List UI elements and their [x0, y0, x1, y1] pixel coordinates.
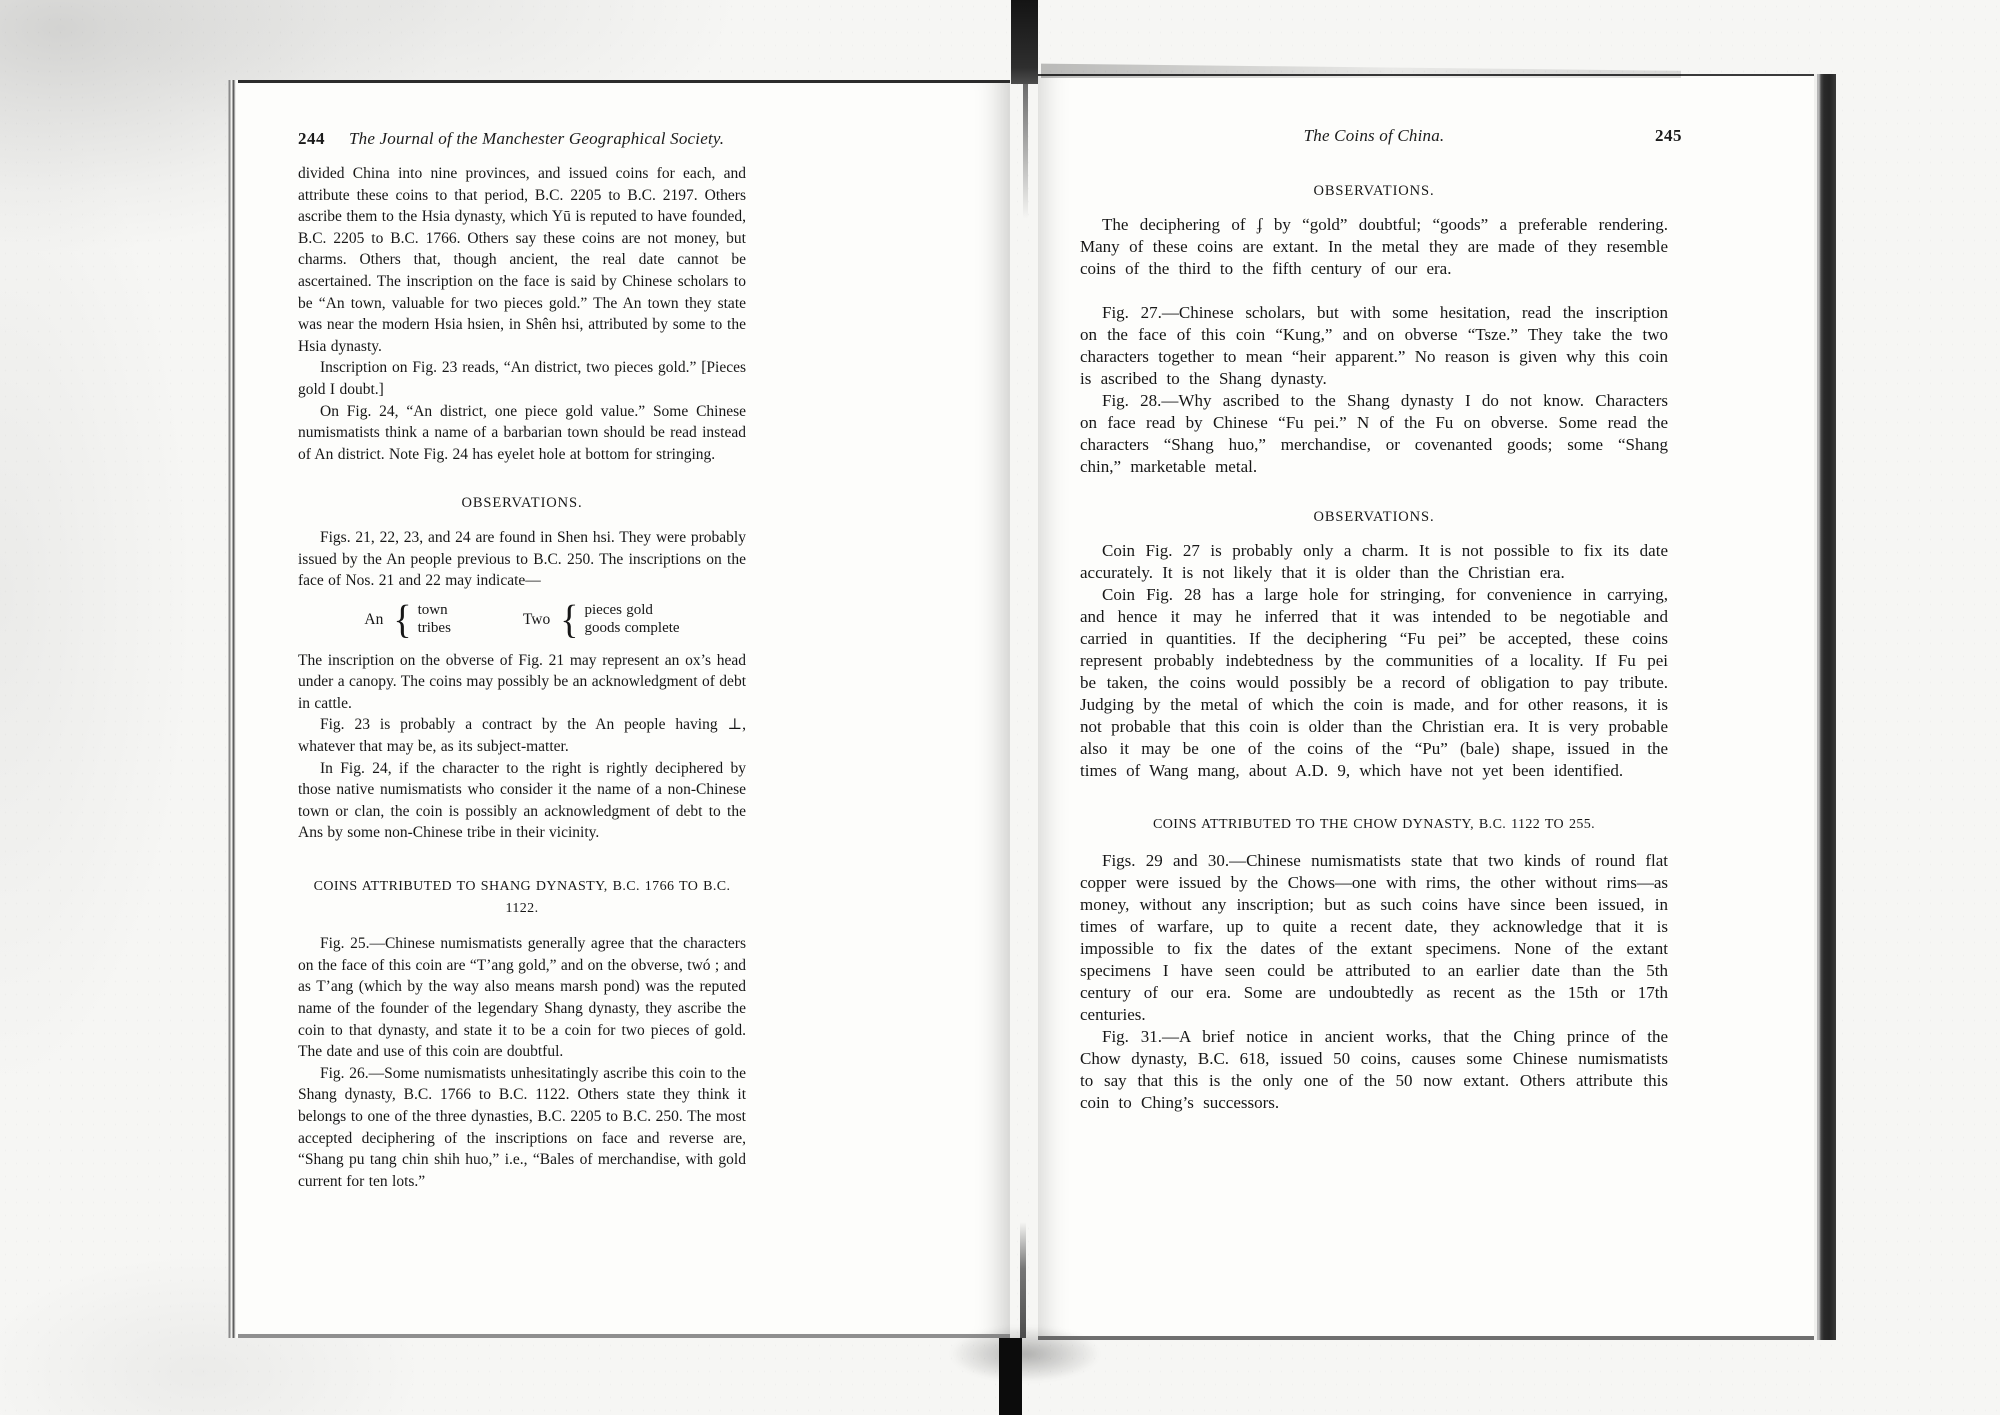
paragraph: Fig. 25.—Chinese numismatists generally … [298, 933, 746, 1063]
paragraph: Coin Fig. 28 has a large hole for string… [1080, 584, 1668, 782]
brace-option: pieces gold [585, 602, 680, 620]
right-page-header: The Coins of China. 245 [1080, 126, 1668, 146]
book-spine-shadow [1023, 84, 1028, 219]
spine-smudge [950, 1326, 1100, 1382]
observations-heading: OBSERVATIONS. [298, 493, 746, 515]
paragraph: The deciphering of ʄ by “gold” doubtful;… [1080, 214, 1668, 280]
book-spine-below-pages [999, 1338, 1022, 1415]
paragraph: Fig. 26.—Some numismatists unhesitatingl… [298, 1063, 746, 1193]
paragraph: Fig. 31.—A brief notice in ancient works… [1080, 1026, 1668, 1114]
brace-option: goods complete [585, 620, 680, 638]
paragraph: Fig. 27.—Chinese scholars, but with some… [1080, 302, 1668, 390]
paragraph: The inscription on the obverse of Fig. 2… [298, 650, 746, 715]
gutter-shadow [1041, 62, 1681, 78]
brace-label: Two [523, 609, 550, 631]
brace-option: tribes [418, 620, 451, 638]
observations-heading: OBSERVATIONS. [1080, 506, 1668, 528]
paragraph: Inscription on Fig. 23 reads, “An distri… [298, 357, 746, 400]
right-page: The Coins of China. 245 OBSERVATIONS.The… [1038, 74, 1814, 1340]
paragraph: Figs. 29 and 30.—Chinese numismatists st… [1080, 850, 1668, 1026]
brace-option: town [418, 602, 451, 620]
left-page-number: 244 [298, 129, 325, 149]
vertical-gap [1080, 280, 1668, 302]
book-spine-bottom [1020, 1222, 1026, 1338]
paragraph: Fig. 23 is probably a contract by the An… [298, 714, 746, 757]
observations-heading: OBSERVATIONS. [1080, 180, 1668, 202]
right-page-number: 245 [1655, 126, 1682, 146]
book-spread: 244 The Journal of the Manchester Geogra… [0, 0, 2000, 1415]
brace-group: Two{pieces goldgoods complete [523, 601, 680, 639]
paragraph: Coin Fig. 27 is probably only a charm. I… [1080, 540, 1668, 584]
paragraph: Fig. 28.—Why ascribed to the Shang dynas… [1080, 390, 1668, 478]
section-heading: COINS ATTRIBUTED TO SHANG DYNASTY, B.C. … [298, 876, 746, 919]
right-page-body: OBSERVATIONS.The deciphering of ʄ by “go… [1080, 180, 1668, 1114]
right-running-title: The Coins of China. [1304, 126, 1445, 145]
paragraph: On Fig. 24, “An district, one piece gold… [298, 401, 746, 466]
brace-icon: { [560, 600, 578, 640]
left-page: 244 The Journal of the Manchester Geogra… [238, 80, 1010, 1338]
paragraph: divided China into nine provinces, and i… [298, 163, 746, 357]
book-spine-top [1011, 0, 1038, 84]
brace-icon: { [393, 600, 411, 640]
brace-options: towntribes [418, 602, 451, 637]
paragraph: In Fig. 24, if the character to the righ… [298, 758, 746, 844]
brace-table: An{towntribesTwo{pieces goldgoods comple… [298, 601, 746, 639]
brace-group: An{towntribes [364, 601, 451, 639]
left-running-title: The Journal of the Manchester Geographic… [349, 129, 724, 149]
left-page-body: divided China into nine provinces, and i… [298, 163, 746, 1192]
left-page-header: 244 The Journal of the Manchester Geogra… [298, 129, 746, 149]
section-heading: COINS ATTRIBUTED TO THE CHOW DYNASTY, B.… [1080, 814, 1668, 836]
paragraph: Figs. 21, 22, 23, and 24 are found in Sh… [298, 527, 746, 592]
brace-options: pieces goldgoods complete [585, 602, 680, 637]
brace-label: An [364, 609, 383, 631]
